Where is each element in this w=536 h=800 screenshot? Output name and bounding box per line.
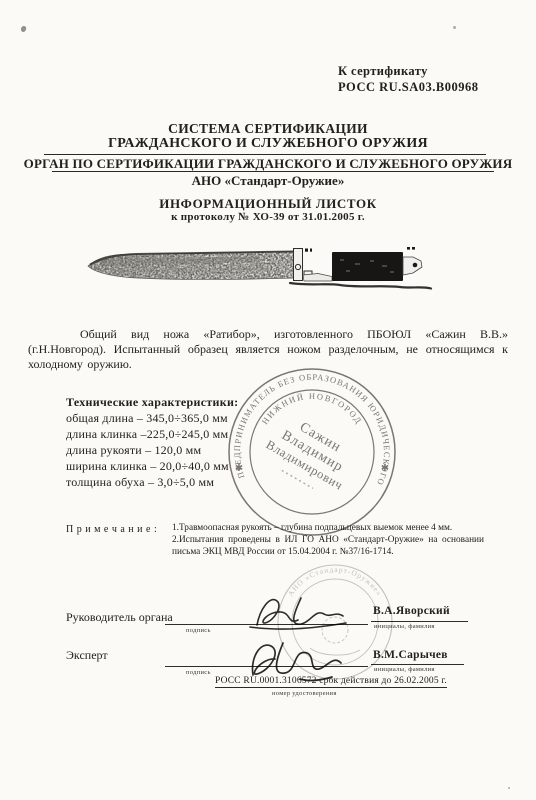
header-rule bbox=[52, 171, 494, 172]
org-stamp-inner-circle bbox=[292, 579, 378, 665]
signature-line bbox=[165, 666, 368, 667]
certification-body-line: ОРГАН ПО СЕРТИФИКАЦИИ ГРАЖДАНСКОГО И СЛУ… bbox=[0, 156, 536, 172]
stamp-city-text: НИЖНИЙ НОВГОРОД bbox=[260, 391, 365, 426]
stamp-inner-circle bbox=[250, 390, 374, 514]
name-caption: инициалы, фамилия bbox=[374, 666, 435, 673]
scan-speck bbox=[20, 25, 27, 32]
scan-speck bbox=[508, 787, 510, 789]
specs-title: Технические характеристики: bbox=[66, 395, 238, 410]
stamp-star-icon: ✱ bbox=[381, 463, 389, 474]
name-caption: инициалы, фамилия bbox=[374, 623, 435, 630]
org-stamp-center-mark bbox=[322, 617, 348, 643]
certificate-reference-line1: К сертификату bbox=[338, 64, 428, 79]
header-rule bbox=[44, 154, 486, 155]
signature-caption: подпись bbox=[186, 669, 211, 676]
knife-pommel bbox=[403, 257, 422, 275]
svg-text:Сажин: Сажин bbox=[297, 420, 344, 456]
scanned-certificate-page: К сертификату РОСС RU.SA03.В00968 СИСТЕМ… bbox=[0, 0, 536, 800]
registration-number: РОСС RU.0001.3106572 срок действия до 26… bbox=[215, 676, 447, 688]
note-item-1: 1.Травмоопасная рукоять – глубина подпал… bbox=[172, 522, 484, 534]
signature-caption: подпись bbox=[186, 627, 211, 634]
note-item-2: 2.Испытания проведены в ИЛ ГО АНО «Станд… bbox=[172, 534, 484, 558]
expert-name: В.М.Сарычев bbox=[373, 649, 448, 661]
stamp-owner-name: Сажин Владимир Владимирович bbox=[259, 410, 361, 501]
knife-grip bbox=[332, 252, 403, 281]
head-of-body-role: Руководитель органа bbox=[66, 610, 173, 625]
spec-blade-length: длина клинка –225,0÷245,0 мм bbox=[66, 427, 228, 442]
svg-text:Владимирович: Владимирович bbox=[264, 437, 346, 492]
name-underline bbox=[371, 621, 468, 622]
name-underline bbox=[371, 664, 464, 665]
description-paragraph: Общий вид ножа «Ратибор», изготовленного… bbox=[28, 327, 508, 373]
head-of-body-name: В.А.Яворский bbox=[373, 605, 450, 617]
spec-spine-thickness: толщина обуха – 3,0÷5,0 мм bbox=[66, 475, 214, 490]
protocol-reference: к протоколу № ХО-39 от 31.01.2005 г. bbox=[0, 211, 536, 223]
stamp-star-icon: ✱ bbox=[235, 463, 243, 474]
lanyard-hole bbox=[413, 263, 418, 268]
expert-role: Эксперт bbox=[66, 648, 108, 663]
expert-signature-squiggle bbox=[252, 643, 341, 680]
org-stamp-outer-circle bbox=[278, 565, 392, 679]
handle-neck bbox=[303, 274, 332, 282]
org-stamp-arc-text: АНО «Стандарт-Оружие» bbox=[286, 565, 384, 598]
knife-photo bbox=[60, 245, 480, 310]
svg-text:Владимир: Владимир bbox=[279, 428, 346, 475]
spec-overall-length: общая длина – 345,0÷365,0 мм bbox=[66, 411, 228, 426]
stamp-outer-circle bbox=[229, 369, 395, 535]
system-title-line2: ГРАЖДАНСКОГО И СЛУЖЕБНОГО ОРУЖИЯ bbox=[0, 136, 536, 152]
document-title: ИНФОРМАЦИОННЫЙ ЛИСТОК bbox=[0, 196, 536, 212]
spec-blade-width: ширина клинка – 20,0÷40,0 мм bbox=[66, 459, 229, 474]
scan-speck bbox=[453, 26, 456, 29]
certificate-reference-number: РОСС RU.SA03.В00968 bbox=[338, 80, 479, 95]
registration-caption: номер удостоверения bbox=[272, 690, 337, 697]
certification-body-name: АНО «Стандарт-Оружие» bbox=[0, 173, 536, 189]
notes-label: П р и м е ч а н и е : bbox=[66, 524, 157, 535]
spec-handle-length: длина рукояти – 120,0 мм bbox=[66, 443, 201, 458]
system-title-line1: СИСТЕМА СЕРТИФИКАЦИИ bbox=[0, 121, 536, 137]
handle-shadow-edge bbox=[290, 283, 431, 289]
signature-line bbox=[165, 624, 368, 625]
